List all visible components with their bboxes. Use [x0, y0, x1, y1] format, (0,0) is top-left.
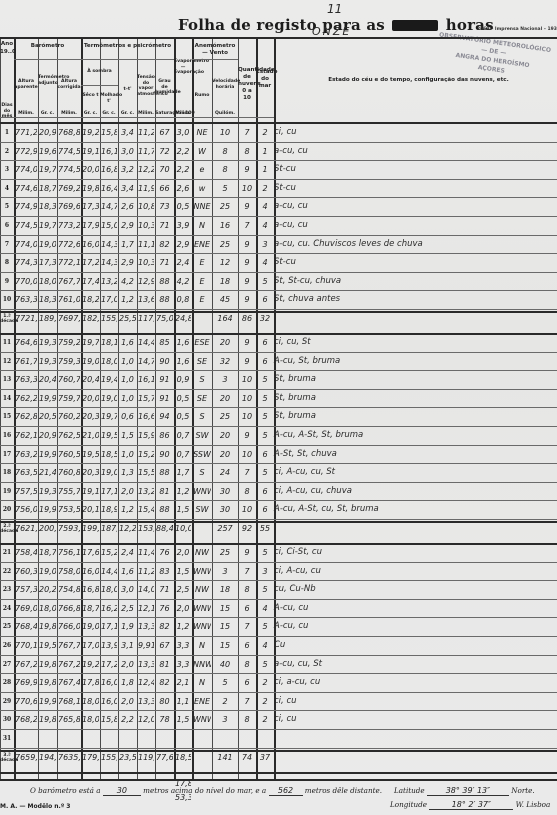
cell-dif: 3,1: [119, 641, 136, 650]
cell-molh: 18,0: [101, 357, 117, 366]
cell-alt-ap: 757,30: [15, 585, 37, 594]
cell-evap: 3,3: [175, 641, 191, 650]
cell-evap: 2,2: [175, 147, 191, 156]
termometros-header: Termómetros e psicrómetro: [81, 43, 174, 50]
cell-vel: 30: [213, 505, 237, 514]
cell-rumo: SSW: [193, 450, 211, 459]
row-rule: [0, 352, 557, 353]
cell-vel: 25: [213, 202, 237, 211]
row-rule: [0, 426, 557, 427]
cell-nuv: 10: [239, 412, 255, 421]
cell-evap: 0,5: [175, 202, 191, 211]
row-rule: [0, 235, 557, 236]
sky-state: ci, cu: [274, 696, 297, 706]
cell-tensao: 15,93: [138, 431, 154, 440]
cell-nuv: 7: [239, 468, 255, 477]
cell-hum: 80: [156, 697, 173, 706]
cell-dif: 2,9: [119, 258, 136, 267]
cell-rumo: N: [193, 641, 211, 650]
cell-hum: 82: [156, 240, 173, 249]
cell-seco: 20,0: [82, 394, 99, 403]
cell-vel: 2: [213, 697, 237, 706]
cell-nuv: 9: [239, 357, 255, 366]
cell-alt-ap: 771,20: [15, 128, 37, 137]
cell-dif: 3,4: [119, 184, 136, 193]
cell-alt-cor: 762,53: [58, 431, 80, 440]
cell-nuv: 7: [239, 622, 255, 631]
cell-alt-ap: 768,25: [15, 715, 37, 724]
day-number: 18: [1, 469, 13, 476]
cell-evap: 1,6: [175, 338, 191, 347]
cell-evap: 1,1: [175, 697, 191, 706]
cell-seco: 18,0: [82, 697, 99, 706]
cell-mar: 5: [257, 431, 273, 440]
cell-nuv: 9: [239, 258, 255, 267]
row-rule: [0, 748, 557, 749]
sky-state: Cu: [274, 640, 285, 650]
cell-evap: 10,0: [175, 524, 191, 533]
cell-alt-cor: 768,80: [58, 128, 80, 137]
cell-mar: 5: [257, 660, 273, 669]
header-subrule: [192, 59, 238, 60]
cell-term: 20,5: [39, 412, 56, 421]
cell-alt-cor: 766,81: [58, 604, 80, 613]
day-number: 21: [1, 549, 13, 556]
cell-alt-ap: 7659,70: [15, 753, 37, 762]
cell-alt-cor: 774,57: [58, 165, 80, 174]
sky-state: A-cu, cu: [274, 603, 308, 613]
cell-evap: 2,0: [175, 604, 191, 613]
cell-nuv: 6: [239, 678, 255, 687]
cell-alt-ap: 774,50: [15, 221, 37, 230]
cell-mar: 5: [257, 394, 273, 403]
cell-term: 19,0: [39, 240, 56, 249]
cell-seco: 18,7: [82, 604, 99, 613]
baro-distance: 562: [269, 786, 303, 796]
cell-term: 19,5: [39, 641, 56, 650]
cell-alt-cor: 760,78: [58, 375, 80, 384]
cell-alt-cor: 7593,16: [58, 524, 80, 533]
day-number: 17: [1, 451, 13, 458]
cell-mar: 6: [257, 357, 273, 366]
cell-nuv: 10: [239, 394, 255, 403]
cell-mar: 5: [257, 277, 273, 286]
cell-seco: 17,9: [82, 221, 99, 230]
cell-seco: 17,0: [82, 641, 99, 650]
cell-mar: 2: [257, 697, 273, 706]
cell-dif: 2,4: [119, 548, 136, 557]
row-rule: [0, 562, 557, 563]
cell-seco: 17,8: [82, 678, 99, 687]
cell-dif: 1,5: [119, 431, 136, 440]
cell-molh: 13,9: [101, 641, 117, 650]
cell-alt-ap: 760,35: [15, 567, 37, 576]
cell-molh: 18,5: [101, 450, 117, 459]
cell-vel: 25: [213, 412, 237, 421]
cell-nuv: 6: [239, 641, 255, 650]
cell-dif: 1,2: [119, 505, 136, 514]
estado-mar-header: Estado do mar: [256, 69, 274, 90]
unit-label: Quilóm.: [212, 111, 238, 117]
cell-mar: 5: [257, 375, 273, 384]
cell-hum: 88: [156, 277, 173, 286]
cell-molh: 18,0: [101, 585, 117, 594]
day-number: 1: [1, 129, 13, 136]
cell-evap: 3,9: [175, 221, 191, 230]
cell-vel: 10: [213, 128, 237, 137]
cell-dif: 2,0: [119, 660, 136, 669]
cell-molh: 187,2: [101, 524, 117, 533]
cell-rumo: S: [193, 412, 211, 421]
cell-molh: 17,1: [101, 622, 117, 631]
cell-evap: 3,0: [175, 128, 191, 137]
row-rule: [0, 482, 557, 483]
cell-molh: 19,0: [101, 394, 117, 403]
sky-state: ci, A-cu, cu, chuva: [274, 486, 352, 496]
longitude: Longitude 18° 2′ 37″ W. Lisboa: [390, 800, 550, 810]
cell-vel: 141: [213, 753, 237, 762]
day-number: 31: [1, 735, 13, 742]
cell-dif: 1,7: [119, 240, 136, 249]
cell-molh: 16,2: [101, 604, 117, 613]
cell-evap: 1,7: [175, 468, 191, 477]
cell-hum: 86: [156, 431, 173, 440]
cell-term: 18,0: [39, 277, 56, 286]
unit-label: Gr. c.: [100, 111, 118, 117]
unit-label: Gr. c.: [118, 111, 137, 117]
cell-tensao: 153,15: [138, 524, 154, 533]
cell-molh: 155,6: [101, 314, 117, 323]
cell-mar: 6: [257, 487, 273, 496]
day-number: 26: [1, 642, 13, 649]
cell-seco: 18,2: [82, 295, 99, 304]
baro-post: metros dêle distante.: [305, 786, 382, 795]
cell-hum: 83: [156, 567, 173, 576]
cell-mar: 5: [257, 412, 273, 421]
cell-evap: 0,9: [175, 375, 191, 384]
cell-evap: 1,2: [175, 622, 191, 631]
cell-molh: 14,3: [101, 258, 117, 267]
cell-term: 18,7: [39, 548, 56, 557]
cell-seco: 19,7: [82, 338, 99, 347]
cell-tensao: 13,35: [138, 622, 154, 631]
top-rule: [0, 37, 557, 39]
cell-alt-ap: 767,20: [15, 660, 37, 669]
cell-tensao: 15,43: [138, 505, 154, 514]
cell-mar: 4: [257, 258, 273, 267]
lon-suffix: W. Lisboa: [516, 800, 551, 809]
cell-term: 19,8: [39, 715, 56, 724]
cell-rumo: WNW: [193, 567, 211, 576]
day-number: 27: [1, 661, 13, 668]
cell-evap: 2,2: [175, 165, 191, 174]
cell-seco: 19,1: [82, 487, 99, 496]
cell-tensao: 12,44: [138, 678, 154, 687]
sky-state: St-cu: [274, 257, 296, 267]
cell-vel: 257: [213, 524, 237, 533]
cell-seco: 17,6: [82, 548, 99, 557]
cell-nuv: 86: [239, 314, 255, 323]
cell-hum: 88,4: [156, 524, 173, 533]
cell-rumo: ENE: [193, 240, 211, 249]
cell-term: 20,9: [39, 128, 56, 137]
cell-evap: 3,3: [175, 660, 191, 669]
sky-state: St, chuva antes: [274, 294, 340, 304]
cell-alt-cor: 769,28: [58, 184, 80, 193]
cell-rumo: NNE: [193, 202, 211, 211]
cell-mar: 6: [257, 450, 273, 459]
cell-seco: 19,2: [82, 128, 99, 137]
cell-term: 19,7: [39, 221, 56, 230]
cell-hum: 88: [156, 295, 173, 304]
estado-ceu-header: Estado do céu e do tempo, configuração d…: [280, 77, 557, 84]
cell-nuv: 9: [239, 240, 255, 249]
cell-seco: 18,0: [82, 715, 99, 724]
day-number: 16: [1, 432, 13, 439]
sky-state: St-cu: [274, 164, 296, 174]
humidade-header: Grau de humidade: [155, 79, 174, 96]
cell-dif: 1,8: [119, 678, 136, 687]
cell-mar: 5: [257, 548, 273, 557]
cell-mar: 4: [257, 221, 273, 230]
cell-alt-ap: 774,90: [15, 202, 37, 211]
cell-rumo: W: [193, 147, 211, 156]
decade-rule: [0, 311, 557, 313]
cell-alt-ap: 763,20: [15, 450, 37, 459]
cell-evap: 1,6: [175, 357, 191, 366]
cell-alt-cor: 767,73: [58, 641, 80, 650]
day-number: 2: [1, 148, 13, 155]
cell-seco: 17,2: [82, 258, 99, 267]
cell-hum: 72: [156, 147, 173, 156]
printer-note: 2569 – Imprensa Nacional – 1930-1931: [477, 27, 557, 32]
sky-state: ci, Ci-St, cu: [274, 547, 322, 557]
cell-seco: 21,0: [82, 431, 99, 440]
cell-seco: 20,1: [82, 505, 99, 514]
anemometro-header: Anemómetro — Vento: [192, 43, 238, 57]
cell-term: 18,3: [39, 295, 56, 304]
cell-alt-cor: 767,20: [58, 660, 80, 669]
row-rule: [0, 389, 557, 390]
cell-seco: 199,4: [82, 524, 99, 533]
day-number: 19: [1, 488, 13, 495]
cell-term: 19,8: [39, 622, 56, 631]
cell-alt-ap: 763,35: [15, 295, 37, 304]
cell-molh: 15,0: [101, 221, 117, 230]
cell-rumo: S: [193, 468, 211, 477]
velocidade-header: Velocidade horária: [212, 79, 238, 90]
cell-term: 20,9: [39, 431, 56, 440]
row-rule: [0, 617, 557, 618]
cell-evap: 0,5: [175, 394, 191, 403]
cell-mar: 2: [257, 715, 273, 724]
cell-term: 19,3: [39, 338, 56, 347]
cell-dif: 1,0: [119, 357, 136, 366]
cell-nuv: 10: [239, 505, 255, 514]
cell-dif: 2,9: [119, 221, 136, 230]
cell-vel: 15: [213, 604, 237, 613]
cell-hum: 78: [156, 715, 173, 724]
row-rule: [0, 290, 557, 291]
hour-number: 11: [327, 2, 342, 16]
cell-alt-ap: 756,00: [15, 505, 37, 514]
cell-tensao: 10,35: [138, 258, 154, 267]
baro-pre: O barómetro está a: [30, 786, 101, 795]
cell-evap: 0,7: [175, 450, 191, 459]
cell-vel: 3: [213, 715, 237, 724]
sky-state: ci, A-cu, cu: [274, 566, 321, 576]
cell-alt-ap: 762,10: [15, 431, 37, 440]
cell-rumo: e: [193, 165, 211, 174]
cell-nuv: 8: [239, 147, 255, 156]
cell-hum: 71: [156, 221, 173, 230]
cell-tensao: 117,12: [138, 314, 154, 323]
cell-dif: 1,0: [119, 450, 136, 459]
sky-state: A-St, St, chuva: [274, 449, 337, 459]
cell-rumo: SW: [193, 505, 211, 514]
cell-tensao: 11,79: [138, 147, 154, 156]
cell-dif: 3,0: [119, 147, 136, 156]
cell-alt-cor: 755,78: [58, 487, 80, 496]
cell-hum: 88: [156, 468, 173, 477]
cell-nuv: 9: [239, 431, 255, 440]
day-number: 25: [1, 623, 13, 630]
cell-hum: 70: [156, 165, 173, 174]
unit-label: Milim.: [174, 111, 192, 117]
cell-vel: 20: [213, 450, 237, 459]
cell-dif: 12,2: [119, 524, 136, 533]
cell-alt-cor: 753,55: [58, 505, 80, 514]
cell-molh: 16,0: [101, 697, 117, 706]
cell-rumo: E: [193, 277, 211, 286]
a-sombra-header: À sombra: [81, 69, 118, 75]
cell-alt-cor: 772,62: [58, 240, 80, 249]
cell-hum: 90: [156, 450, 173, 459]
cell-nuv: 7: [239, 221, 255, 230]
row-rule: [0, 519, 557, 520]
row-rule: [0, 160, 557, 161]
cell-molh: 19,5: [101, 431, 117, 440]
cell-vel: 164: [213, 314, 237, 323]
row-rule: [0, 445, 557, 446]
cell-mar: 5: [257, 468, 273, 477]
cell-rumo: N: [193, 678, 211, 687]
row-rule: [0, 463, 557, 464]
sky-state: A-cu, A-St, St, bruma: [274, 430, 363, 440]
cell-evap: 1,5: [175, 715, 191, 724]
cell-alt-ap: 768,45: [15, 622, 37, 631]
cell-seco: 20,4: [82, 375, 99, 384]
cell-vel: 5: [213, 184, 237, 193]
lon-value: 18° 2′ 37″: [429, 800, 513, 810]
sky-state: cu, Cu-Nb: [274, 584, 316, 594]
sky-state: A-cu, cu: [274, 621, 308, 631]
row-rule: [0, 142, 557, 143]
day-number: 23: [1, 586, 13, 593]
cell-seco: 19,0: [82, 357, 99, 366]
sky-state: a-cu, cu, St: [274, 659, 322, 669]
cell-nuv: 6: [239, 604, 255, 613]
cell-alt-cor: 760,27: [58, 412, 80, 421]
cell-alt-ap: 769,05: [15, 604, 37, 613]
row-rule: [0, 253, 557, 254]
sky-state: St, bruma: [274, 393, 316, 403]
cell-seco: 19,2: [82, 660, 99, 669]
cell-alt-ap: 770,05: [15, 277, 37, 286]
cell-vel: 18: [213, 277, 237, 286]
day-number: 3: [1, 166, 13, 173]
cell-hum: 85: [156, 338, 173, 347]
day-number: 11: [1, 339, 13, 346]
cell-rumo: E: [193, 258, 211, 267]
cell-dif: 25,5: [119, 314, 136, 323]
cell-mar: 5: [257, 585, 273, 594]
cell-term: 19,9: [39, 505, 56, 514]
register-sheet: Folha de registo para as horas 11 ONZE 2…: [0, 0, 557, 815]
barometer-note: O barómetro está a 30 metros acima do ní…: [30, 786, 382, 796]
cell-tensao: 119,04: [138, 753, 154, 762]
evaporimetro-header: Evaporímetro — Evaporação: [174, 59, 192, 76]
cell-seco: 16,8: [82, 585, 99, 594]
day-number: 20: [1, 506, 13, 513]
cell-term: 19,6: [39, 147, 56, 156]
cell-dif: 4,2: [119, 277, 136, 286]
cell-alt-ap: 772,95: [15, 147, 37, 156]
cell-tensao: 12,00: [138, 715, 154, 724]
row-rule: [0, 197, 557, 198]
cell-seco: 16,0: [82, 567, 99, 576]
cell-vel: 18: [213, 585, 237, 594]
cell-term: 19,3: [39, 357, 56, 366]
cell-nuv: 7: [239, 567, 255, 576]
day-number: 12: [1, 358, 13, 365]
cell-vel: 8: [213, 147, 237, 156]
row-rule: [0, 692, 557, 693]
cell-alt-ap: 769,95: [15, 678, 37, 687]
cell-dif: 0,6: [119, 412, 136, 421]
cell-tensao: 10,33: [138, 221, 154, 230]
cell-term: 19,0: [39, 567, 56, 576]
row-rule: [0, 599, 557, 600]
cell-alt-ap: 770,65: [15, 697, 37, 706]
cell-dif: 2,0: [119, 697, 136, 706]
cell-vel: 12: [213, 258, 237, 267]
cell-vel: 8: [213, 165, 237, 174]
cell-term: 19,3: [39, 487, 56, 496]
altura-corrigida-header: Altura corrigida: [57, 79, 81, 90]
cell-term: 19,7: [39, 165, 56, 174]
sky-state: St, bruma: [274, 374, 316, 384]
sky-state: St, bruma: [274, 411, 316, 421]
day-number: 29: [1, 698, 13, 705]
cell-molh: 17,2: [101, 660, 117, 669]
cell-nuv: 9: [239, 338, 255, 347]
cell-mar: 4: [257, 202, 273, 211]
cell-nuv: 8: [239, 715, 255, 724]
cell-term: 19,8: [39, 660, 56, 669]
cell-seco: 17,3: [82, 202, 99, 211]
cell-hum: 76: [156, 548, 173, 557]
cell-alt-ap: 7721,24: [15, 314, 37, 323]
cell-evap: 0,7: [175, 431, 191, 440]
sky-state: ci, cu: [274, 714, 297, 724]
cell-dif: 1,6: [119, 338, 136, 347]
cell-molh: 17,0: [101, 295, 117, 304]
cell-mar: 1: [257, 165, 273, 174]
cell-hum: 73: [156, 202, 173, 211]
cell-molh: 19,0: [101, 468, 117, 477]
unit-label: Milim.: [137, 111, 155, 117]
